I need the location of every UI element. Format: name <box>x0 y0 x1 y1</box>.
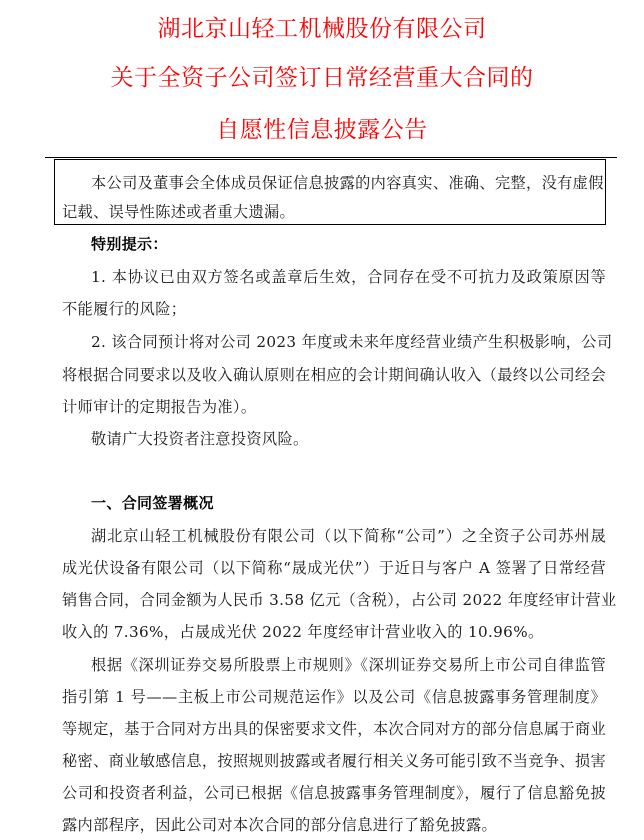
tip-1-line-2: 不能履行的风险； <box>62 298 186 320</box>
section-1-para-2-line-6: 露内部程序，因此公司对本次合同的部分信息进行了豁免披露。 <box>62 814 497 836</box>
investor-risk-warning: 敬请广大投资者注意投资风险。 <box>91 428 309 450</box>
tip-2-line-3: 计师审计的定期报告为准）。 <box>62 396 256 418</box>
section-1-para-1-line-1: 湖北京山轻工机械股份有限公司（以下简称“公司”）之全资子公司苏州晟 <box>91 525 606 547</box>
section-1-para-1-line-2: 成光伏设备有限公司（以下简称“晟成光伏”）于近日与客户 A 签署了日常经营 <box>62 557 606 579</box>
section-1-para-2-line-3: 等规定，基于合同对方出具的保密要求文件，本次合同对方的部分信息属于商业 <box>62 718 606 740</box>
section-1-para-1-line-3: 销售合同，合同金额为人民币 3.58 亿元（含税），占公司 2022 年度经审计… <box>62 589 606 611</box>
section-1-para-2-line-1: 根据《深圳证券交易所股票上市规则》《深圳证券交易所上市公司自律监管 <box>91 654 606 676</box>
section-1-heading: 一、合同签署概况 <box>91 492 214 514</box>
special-tips-heading: 特别提示： <box>91 233 168 255</box>
section-1-para-1-line-4: 收入的 7.36%，占晟成光伏 2022 年度经审计营业收入的 10.96%。 <box>62 621 544 643</box>
tip-2-line-2: 将根据合同要求以及收入确认原则在相应的会计期间确认收入（最终以公司经会 <box>62 364 606 386</box>
title-line-3: 自愿性信息披露公告 <box>0 115 644 145</box>
section-1-para-2-line-5: 公司和投资者利益，公司已根据《信息披露事务管理制度》，履行了信息豁免披 <box>62 782 606 804</box>
board-guarantee-line-2: 记载、误导性陈述或者重大遗漏。 <box>62 201 295 223</box>
tip-2-line-1: 2. 该合同预计将对公司 2023 年度或未来年度经营业绩产生积极影响，公司 <box>91 331 606 353</box>
board-guarantee-line-1: 本公司及董事会全体成员保证信息披露的内容真实、准确、完整，没有虚假 <box>91 172 596 194</box>
section-1-para-2-line-4: 秘密、商业敏感信息，按照规则披露或者履行相关义务可能引致不当竞争、损害 <box>62 750 606 772</box>
section-1-para-2-line-2: 指引第 1 号——主板上市公司规范运作》以及公司《信息披露事务管理制度》 <box>62 686 606 708</box>
title-line-2: 关于全资子公司签订日常经营重大合同的 <box>0 63 644 93</box>
tip-1-line-1: 1. 本协议已由双方签名或盖章后生效，合同存在受不可抗力及政策原因等 <box>91 266 606 288</box>
header-divider <box>45 157 617 158</box>
title-company-name: 湖北京山轻工机械股份有限公司 <box>0 14 644 44</box>
